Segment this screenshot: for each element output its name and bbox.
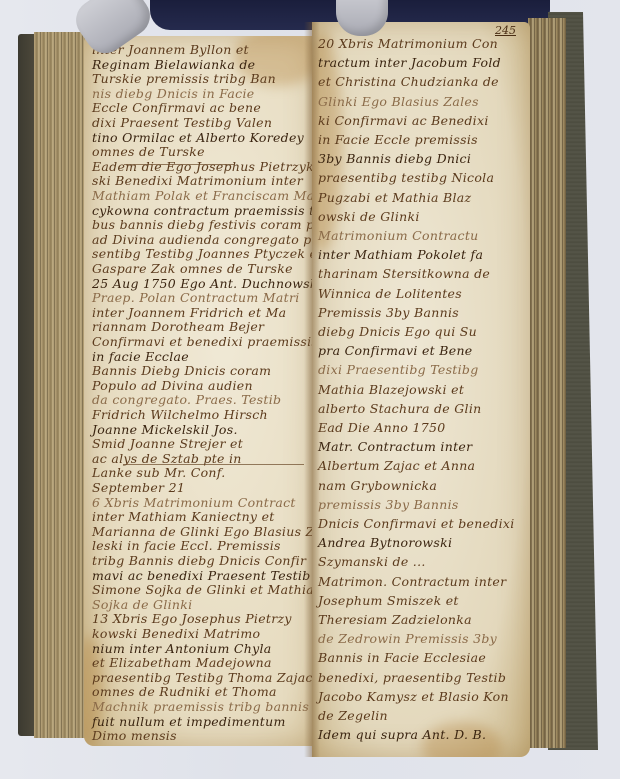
handwritten-line: benedixi, praesentibg Testib [318, 670, 506, 685]
handwritten-line: Eadem die Ego Josephus Pietrzykow [92, 159, 316, 174]
handwritten-line: tractum inter Jacobum Fold [318, 55, 501, 70]
handwritten-line: tharinam Stersitkowna de [318, 266, 490, 281]
handwritten-line: in Facie Eccle premissis [318, 132, 478, 147]
right-page: 245 20 Xbris Matrimonium Contractum inte… [312, 22, 530, 757]
handwritten-line: Gaspare Zak omnes de Turske [92, 261, 293, 276]
handwritten-line: sentibg Testibg Joannes Ptyczek et [92, 246, 316, 261]
handwritten-line: Albertum Zajac et Anna [318, 458, 475, 473]
handwritten-line: Joanne Mickelskil Jos. [92, 422, 238, 437]
handwritten-line: Dnicis Confirmavi et benedixi [318, 516, 515, 531]
handwritten-line: praesentibg testibg Nicola [318, 170, 494, 185]
handwritten-line: Fridrich Wilchelmo Hirsch [92, 407, 268, 422]
handwritten-line: Confirmavi et benedixi praemissis 3by [92, 334, 316, 349]
handwritten-line: alberto Stachura de Glin [318, 401, 482, 416]
handwritten-line: Populo ad Divina audien [92, 378, 253, 393]
handwritten-line: nam Grybownicka [318, 478, 437, 493]
handwritten-line: praesentibg Testibg Thoma Zajac [92, 670, 313, 685]
handwritten-line: riannam Dorotheam Bejer [92, 319, 264, 334]
handwritten-line: 3by Bannis diebg Dnici [318, 151, 471, 166]
handwritten-line: premissis 3by Bannis [318, 497, 459, 512]
handwritten-line: inter Joannem Fridrich et Ma [92, 305, 286, 320]
handwritten-line: owski de Glinki [318, 209, 420, 224]
handwritten-line: dixi Praesentibg Testibg [318, 362, 479, 377]
handwritten-line: de Zegelin [318, 708, 388, 723]
handwritten-line: Premissis 3by Bannis [318, 305, 459, 320]
handwritten-line: Winnica de Lolitentes [318, 286, 462, 301]
handwritten-line: ad Divina audienda congregato prae [92, 232, 316, 247]
book-gutter [304, 22, 320, 757]
handwritten-line: 13 Xbris Ego Josephus Pietrzy [92, 611, 292, 626]
handwritten-line: mavi ac benedixi Praesent Testib [92, 568, 311, 583]
handwritten-line: Simone Sojka de Glinki et Mathia [92, 582, 314, 597]
handwritten-line: Matrimonium Contractu [318, 228, 479, 243]
handwritten-line: 20 Xbris Matrimonium Con [318, 36, 498, 51]
handwritten-line: Praep. Polan Contractum Matri [92, 290, 300, 305]
handwritten-line: Matr. Contractum inter [318, 439, 472, 454]
handwritten-line: Idem qui supra Ant. D. B. [318, 727, 486, 742]
handwritten-line: dixi Praesent Testibg Valen [92, 115, 272, 130]
handwritten-line: fuit nullum et impedimentum [92, 714, 286, 729]
handwritten-line: Machnik praemissis tribg bannis nulli [92, 699, 316, 714]
handwritten-line: et Elizabetham Madejowna [92, 655, 272, 670]
handwritten-line: kowski Benedixi Matrimo [92, 626, 260, 641]
handwritten-line: tribg Bannis diebg Dnicis Confir [92, 553, 306, 568]
handwritten-line: Marianna de Glinki Ego Blasius Za [92, 524, 316, 539]
handwritten-line: et Christina Chudzianka de [318, 74, 499, 89]
handwritten-line: tino Ormilac et Alberto Koredey [92, 130, 304, 145]
handwritten-line: Pugzabi et Mathia Blaz [318, 190, 471, 205]
divider-rule [124, 464, 304, 465]
handwritten-line: da congregato. Praes. Testib [92, 392, 281, 407]
handwritten-line: Mathia Blazejowski et [318, 382, 464, 397]
handwritten-line: Turskie premissis tribg Ban [92, 71, 276, 86]
handwritten-line: cykowna contractum praemissis tri [92, 203, 316, 218]
handwritten-line: Theresiam Zadzielonka [318, 612, 472, 627]
handwritten-line: September 21 [92, 480, 185, 495]
handwritten-line: Jacobo Kamysz et Blasio Kon [318, 689, 509, 704]
handwritten-line: Bannis in Facie Ecclesiae [318, 650, 486, 665]
handwritten-line: leski in facie Eccl. Premissis [92, 538, 281, 553]
left-page: inter Joannem Byllon etReginam Bielawian… [84, 36, 316, 746]
handwritten-line: Glinki Ego Blasius Zales [318, 94, 479, 109]
handwritten-line: 6 Xbris Matrimonium Contract [92, 495, 296, 510]
handwritten-line: nium inter Antonium Chyla [92, 641, 272, 656]
handwritten-line: omnes de Rudniki et Thoma [92, 684, 277, 699]
handwritten-line: in facie Ecclae [92, 349, 189, 364]
handwritten-line: omnes de Turske [92, 144, 205, 159]
handwritten-line: Mathiam Polak et Franciscam Mal [92, 188, 316, 203]
handwritten-line: Josephum Smiszek et [318, 593, 459, 608]
handwritten-line: ski Benedixi Matrimonium inter [92, 173, 303, 188]
handwritten-line: diebg Dnicis Ego qui Su [318, 324, 477, 339]
handwritten-line: Reginam Bielawianka de [92, 57, 255, 72]
handwritten-line: Sojka de Glinki [92, 597, 192, 612]
handwritten-line: bus bannis diebg festivis coram popul [92, 217, 316, 232]
handwritten-line: Szymanski de ... [318, 554, 426, 569]
page-edges-right [528, 18, 566, 748]
handwritten-line: nis diebg Dnicis in Facie [92, 86, 254, 101]
handwritten-line: ki Confirmavi ac Benedixi [318, 113, 489, 128]
handwritten-line: Matrimon. Contractum inter [318, 574, 506, 589]
handwritten-line: Eccle Confirmavi ac bene [92, 100, 261, 115]
handwritten-line: Bannis Diebg Dnicis coram [92, 363, 271, 378]
handwritten-line: inter Mathiam Kaniectny et [92, 509, 275, 524]
handwritten-line: 25 Aug 1750 Ego Ant. Duchnowski [92, 276, 316, 291]
handwritten-line: Andrea Bytnorowski [318, 535, 452, 550]
handwritten-line: Lanke sub Mr. Conf. [92, 465, 226, 480]
page-number: 245 [495, 24, 516, 37]
handwritten-line: Ead Die Anno 1750 [318, 420, 445, 435]
handwritten-line: Smid Joanne Strejer et [92, 436, 243, 451]
handwritten-line: Dimo mensis [92, 728, 177, 743]
divider-rule [124, 164, 234, 165]
handwritten-line: inter Mathiam Pokolet fa [318, 247, 483, 262]
handwritten-line: de Zedrowin Premissis 3by [318, 631, 497, 646]
handwritten-line: pra Confirmavi et Bene [318, 343, 473, 358]
